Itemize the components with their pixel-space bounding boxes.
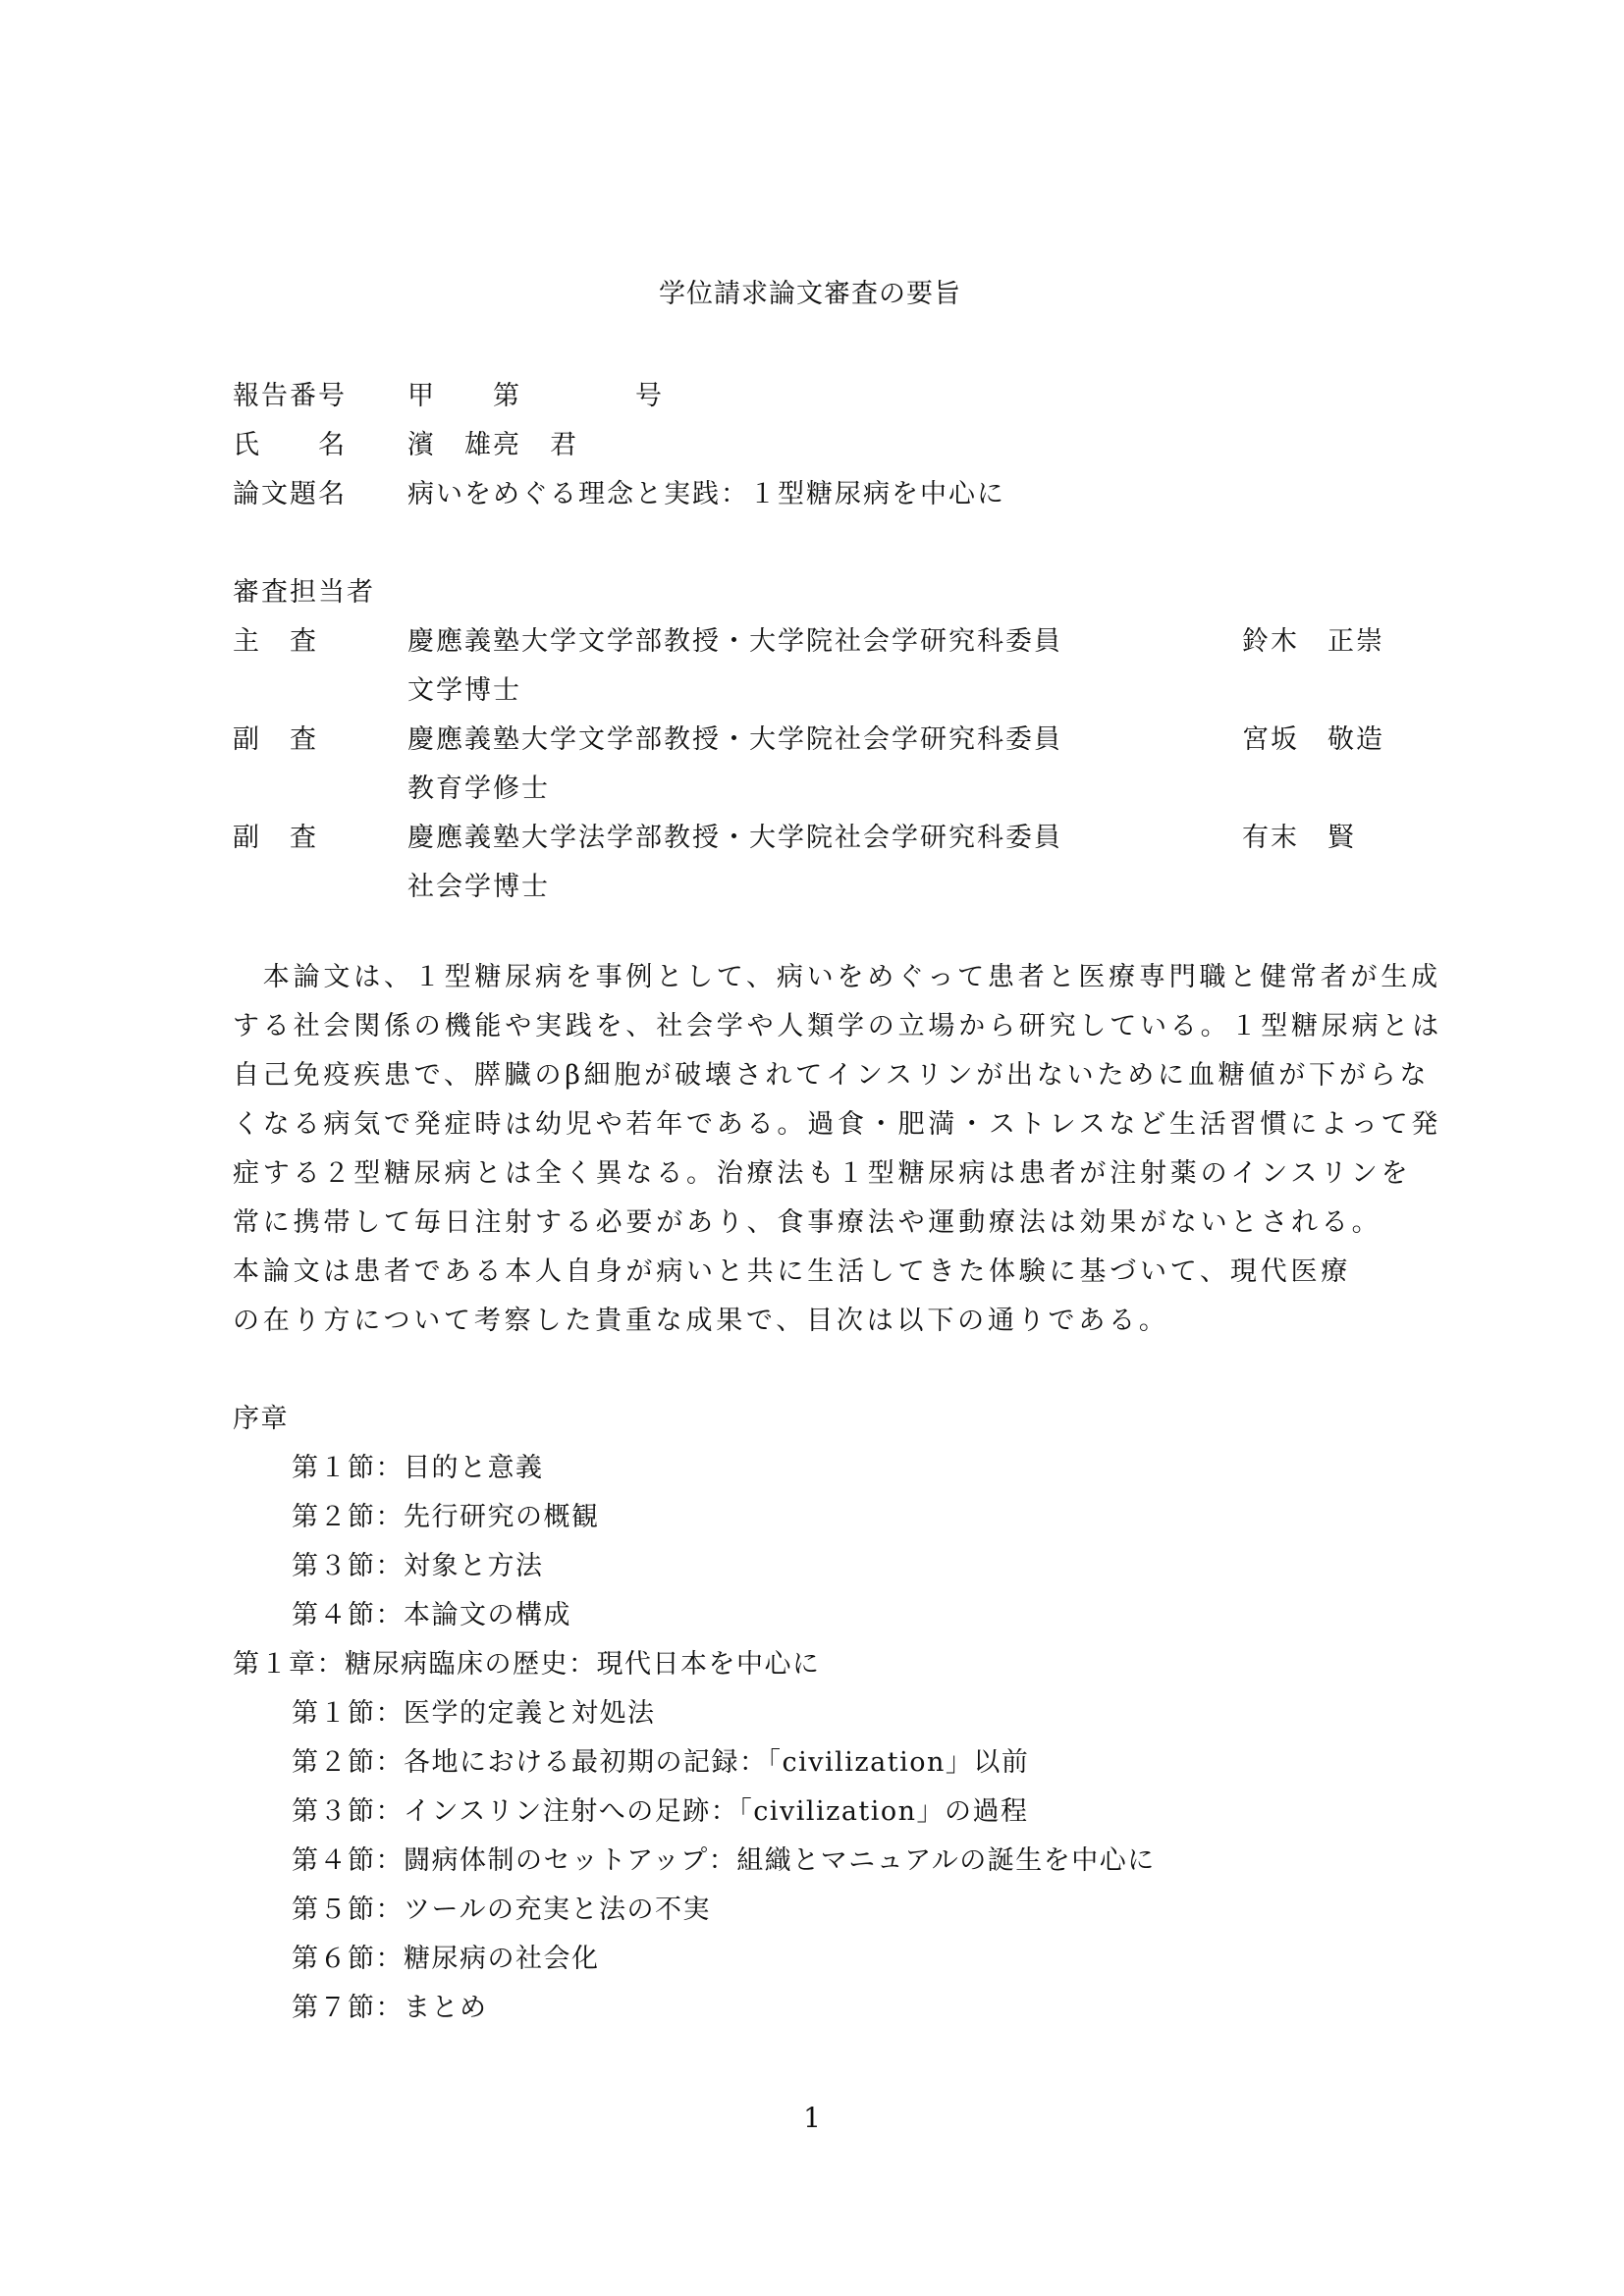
toc-section: 第３節：インスリン注射への足跡：「civilization」の過程 (292, 1794, 1029, 1830)
summary-line: する社会関係の機能や実践を、社会学や人類学の立場から研究している。１型糖尿病とは (233, 1009, 1401, 1044)
toc-section: 第７節：まとめ (292, 1991, 488, 2026)
thesis-title-value: 病いをめぐる理念と実践：１型糖尿病を中心に (407, 477, 1005, 512)
summary-line: の在り方について考察した貴重な成果で、目次は以下の通りである。 (233, 1304, 1401, 1339)
reviewer-name: 宮坂 敬造 (1242, 722, 1384, 758)
reviewer-role: 副 査 (233, 821, 318, 856)
reviewer-degree: 文学博士 (407, 673, 521, 709)
reviewer-affiliation: 慶應義塾大学文学部教授・大学院社会学研究科委員 (407, 624, 1062, 660)
toc-section: 第３節：対象と方法 (292, 1549, 544, 1584)
reviewer-affiliation: 慶應義塾大学文学部教授・大学院社会学研究科委員 (407, 722, 1062, 758)
reviewer-name: 鈴木 正崇 (1242, 624, 1384, 660)
summary-line: 本論文は患者である本人自身が病いと共に生活してきた体験に基づいて、現代医療 (233, 1255, 1401, 1290)
toc-section: 第６節：糖尿病の社会化 (292, 1942, 600, 1977)
thesis-title-label: 論文題名 (233, 477, 347, 512)
summary-line: 自己免疫疾患で、膵臓のβ細胞が破壊されてインスリンが出ないために血糖値が下がらな (233, 1058, 1401, 1094)
toc-chapter: 第１章：糖尿病臨床の歴史：現代日本を中心に (233, 1647, 821, 1682)
summary-line: 症する２型糖尿病とは全く異なる。治療法も１型糖尿病は患者が注射薬のインスリンを (233, 1156, 1401, 1192)
report-number-label: 報告番号 (233, 379, 347, 414)
toc-section: 第５節：ツールの充実と法の不実 (292, 1893, 711, 1928)
summary-line: くなる病気で発症時は幼児や若年である。過食・肥満・ストレスなど生活習慣によって発 (233, 1107, 1401, 1143)
reviewer-role: 主 査 (233, 624, 318, 660)
reviewers-heading: 審査担当者 (233, 575, 375, 611)
toc-section: 第２節：各地における最初期の記録：「civilization」以前 (292, 1745, 1029, 1781)
name-label: 氏 名 (233, 428, 347, 463)
summary-line: 常に携帯して毎日注射する必要があり、食事療法や運動療法は効果がないとされる。 (233, 1205, 1401, 1241)
page-number: 1 (0, 2101, 1624, 2136)
toc-chapter: 序章 (233, 1402, 289, 1437)
toc-section: 第４節：闘病体制のセットアップ：組織とマニュアルの誕生を中心に (292, 1843, 1156, 1879)
page-title-text: 学位請求論文審査の要旨 (659, 277, 961, 312)
reviewer-affiliation: 慶應義塾大学法学部教授・大学院社会学研究科委員 (407, 821, 1062, 856)
toc-section: 第１節：目的と意義 (292, 1451, 544, 1486)
page-title: 学位請求論文審査の要旨 (0, 277, 1624, 312)
toc-section: 第４節：本論文の構成 (292, 1598, 571, 1633)
name-value: 濱 雄亮 君 (407, 428, 578, 463)
toc-section: 第１節：医学的定義と対処法 (292, 1696, 656, 1732)
reviewer-degree: 社会学博士 (407, 870, 550, 905)
reviewer-role: 副 査 (233, 722, 318, 758)
summary-line: 本論文は、１型糖尿病を事例として、病いをめぐって患者と医療専門職と健常者が生成 (233, 960, 1401, 995)
report-number-value: 甲 第 号 (407, 379, 664, 414)
reviewer-name: 有末 賢 (1242, 821, 1356, 856)
toc-section: 第２節：先行研究の概観 (292, 1500, 600, 1535)
reviewer-degree: 教育学修士 (407, 772, 550, 807)
